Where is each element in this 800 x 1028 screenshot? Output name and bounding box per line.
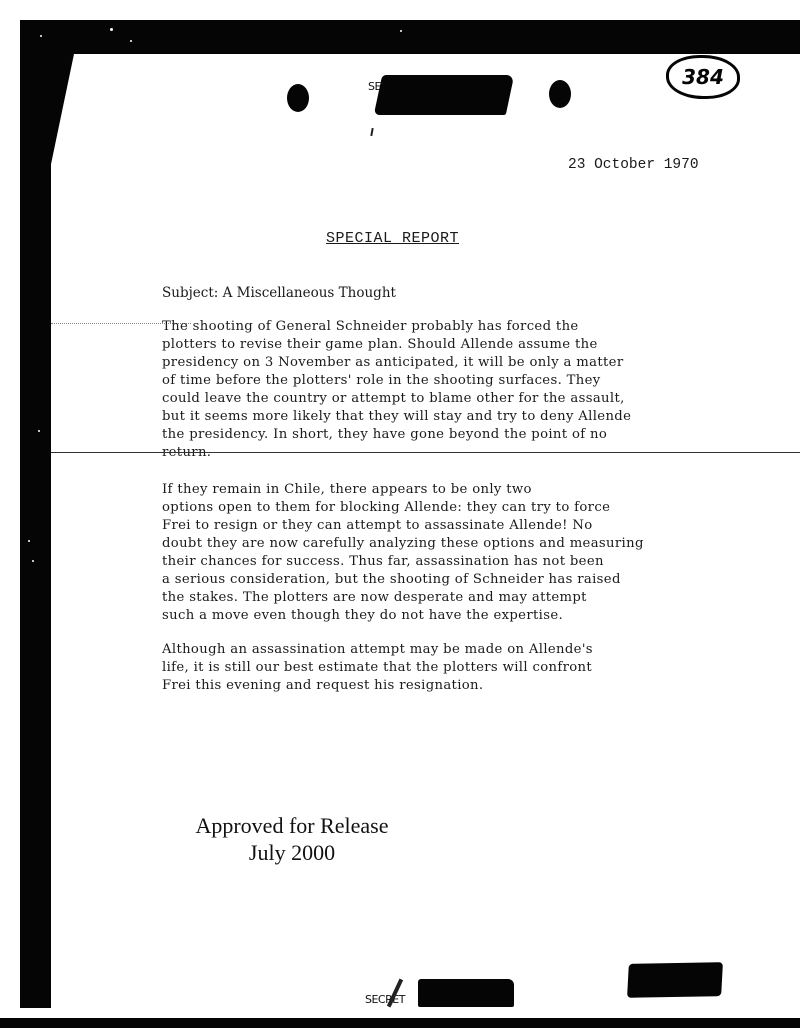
scan-border-top	[20, 20, 800, 54]
redaction-bottom-left	[418, 979, 514, 1007]
approval-line-1: Approved for Release	[186, 812, 398, 839]
scan-noise	[130, 40, 132, 42]
page-number-stamp: 384	[666, 55, 740, 99]
scan-noise	[40, 35, 42, 37]
subject-line: Subject: A Miscellaneous Thought	[162, 285, 396, 301]
document-date: 23 October 1970	[568, 157, 699, 173]
scan-noise	[32, 560, 34, 562]
classification-bottom: SECRET	[365, 993, 405, 1006]
paragraph-2: If they remain in Chile, there appears t…	[162, 481, 722, 625]
scan-mark	[370, 128, 373, 136]
scan-noise	[110, 28, 113, 31]
report-title: SPECIAL REPORT	[326, 230, 459, 247]
scan-noise	[38, 430, 40, 432]
scan-border-bottom	[0, 1018, 800, 1028]
redaction-bottom-right	[627, 962, 723, 998]
scan-noise	[28, 540, 30, 542]
punch-hole-left	[287, 84, 309, 112]
approval-stamp: Approved for Release July 2000	[186, 812, 398, 866]
scan-noise	[400, 30, 402, 32]
paragraph-3: Although an assassination attempt may be…	[162, 641, 722, 695]
scan-border-left	[20, 20, 51, 1008]
paragraph-1: The shooting of General Schneider probab…	[162, 318, 722, 462]
scan-artifact-rule	[51, 452, 800, 453]
scan-border-wedge	[50, 54, 74, 169]
redaction-top	[374, 75, 515, 115]
approval-line-2: July 2000	[186, 839, 398, 866]
punch-hole-right	[549, 80, 571, 108]
